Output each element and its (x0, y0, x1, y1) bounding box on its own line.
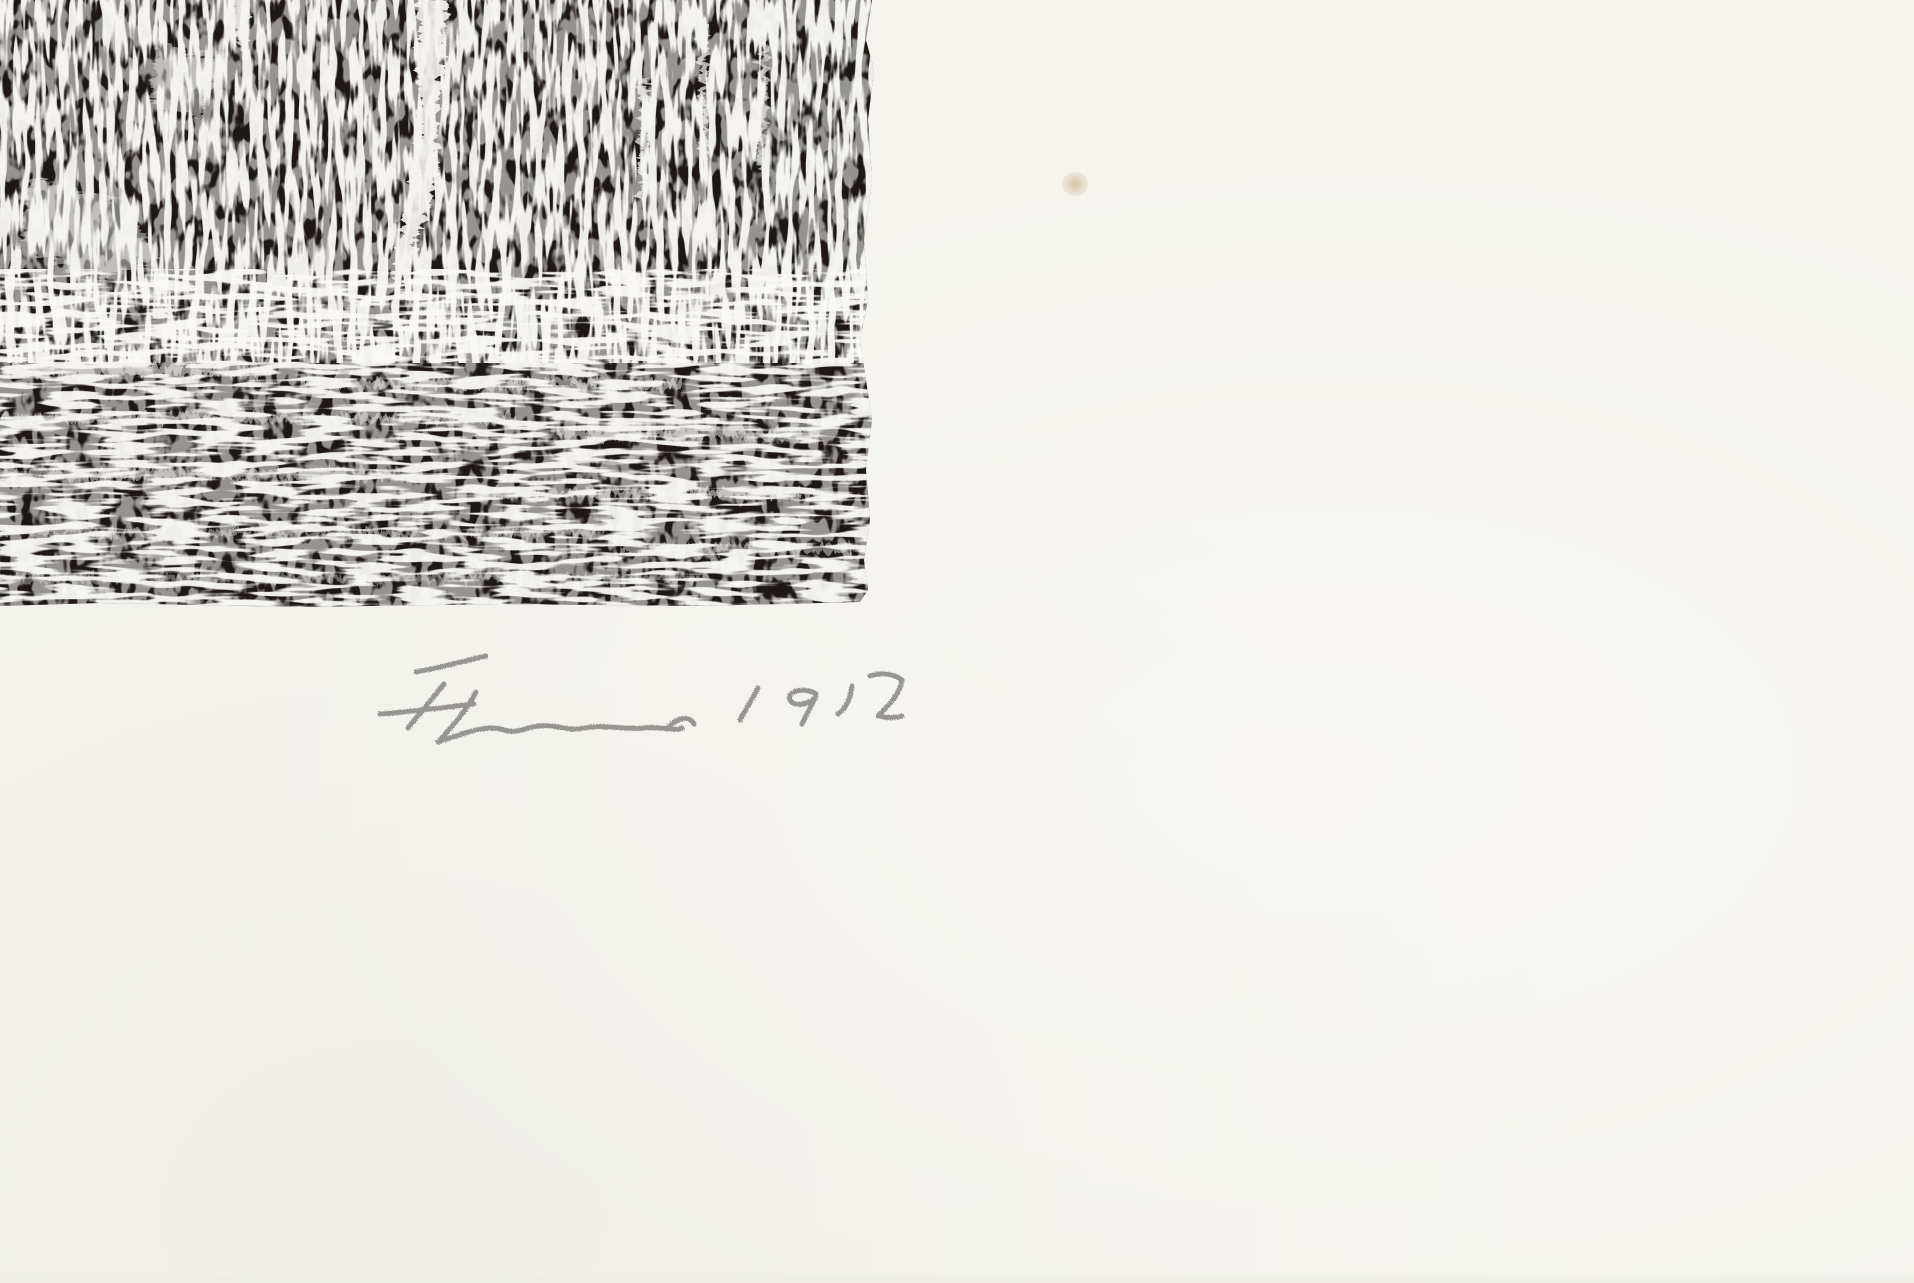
pencil-signature: Fzonno 1952 (368, 636, 978, 746)
paper-sheet: Fzonno 1952 (0, 0, 1914, 1283)
paper-bottom-edge (0, 1271, 1914, 1283)
ink-print-image (0, 0, 878, 610)
paper-foxing-spot (1062, 172, 1088, 196)
